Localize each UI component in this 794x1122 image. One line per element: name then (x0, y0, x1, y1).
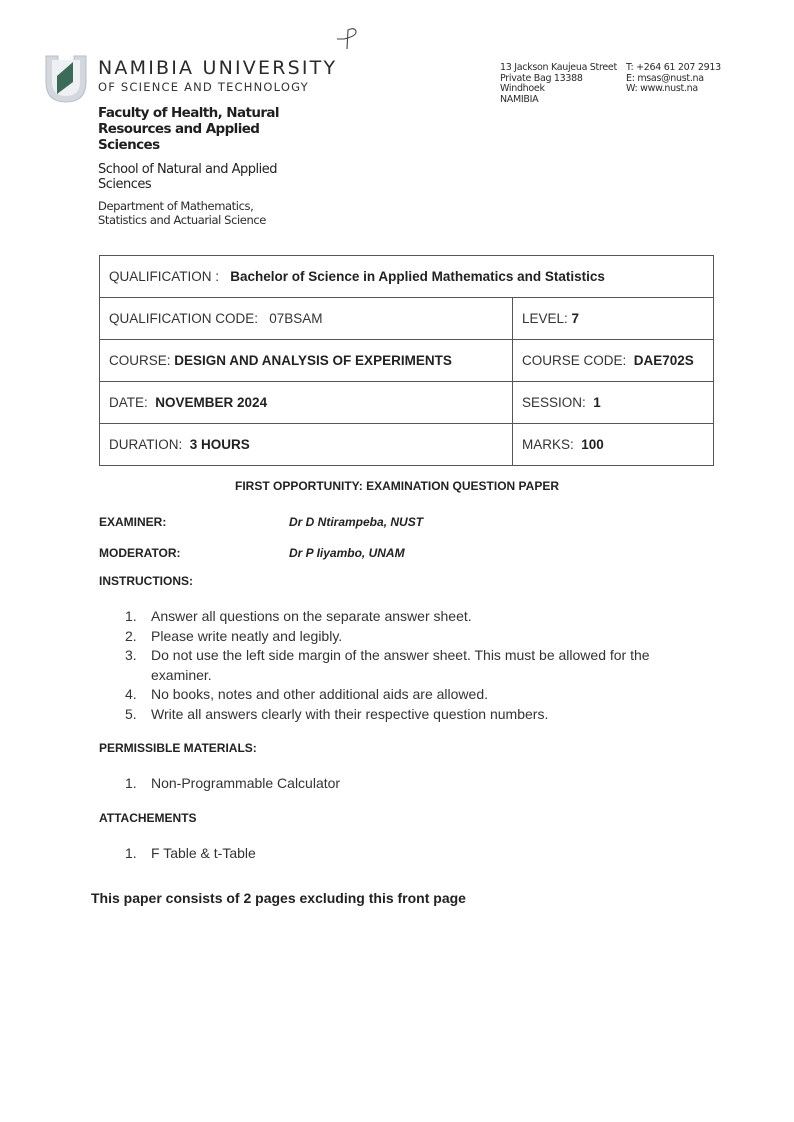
marks-value: 100 (581, 437, 604, 452)
session-label: SESSION: (522, 395, 586, 410)
postal-address: 13 Jackson Kaujeua Street Private Bag 13… (500, 63, 617, 105)
marks-label: MARKS: (522, 437, 574, 452)
qualification-cell: QUALIFICATION : Bachelor of Science in A… (100, 256, 714, 298)
item-number: 1. (125, 607, 137, 627)
date-cell: DATE: NOVEMBER 2024 (100, 382, 513, 424)
exam-title: FIRST OPPORTUNITY: EXAMINATION QUESTION … (0, 479, 794, 493)
handwritten-p-mark (333, 24, 363, 50)
instructions-heading: INSTRUCTIONS: (99, 574, 193, 588)
item-number: 2. (125, 627, 137, 647)
session-value: 1 (593, 395, 601, 410)
address-line: 13 Jackson Kaujeua Street (500, 63, 617, 74)
qualification-label: QUALIFICATION : (109, 269, 219, 284)
table-row: COURSE: DESIGN AND ANALYSIS OF EXPERIMEN… (100, 340, 714, 382)
instructions-list: 1.Answer all questions on the separate a… (125, 607, 695, 724)
table-row: QUALIFICATION CODE: 07BSAM LEVEL: 7 (100, 298, 714, 340)
item-text: Do not use the left side margin of the a… (151, 647, 650, 683)
address-line: Windhoek (500, 84, 617, 95)
qualification-value: Bachelor of Science in Applied Mathemati… (230, 269, 605, 284)
exam-info-table: QUALIFICATION : Bachelor of Science in A… (99, 255, 714, 466)
contact-website: W: www.nust.na (626, 84, 721, 95)
item-text: No books, notes and other additional aid… (151, 686, 488, 702)
duration-label: DURATION: (109, 437, 182, 452)
level-cell: LEVEL: 7 (513, 298, 714, 340)
course-code-cell: COURSE CODE: DAE702S (513, 340, 714, 382)
table-row: DURATION: 3 HOURS MARKS: 100 (100, 424, 714, 466)
permissible-materials-heading: PERMISSIBLE MATERIALS: (99, 741, 257, 755)
duration-cell: DURATION: 3 HOURS (100, 424, 513, 466)
contact-details: T: +264 61 207 2913 E: msas@nust.na W: w… (626, 63, 721, 95)
moderator-label: MODERATOR: (99, 546, 181, 560)
item-number: 3. (125, 646, 137, 666)
item-number: 4. (125, 685, 137, 705)
list-item: 1.Answer all questions on the separate a… (125, 607, 695, 627)
course-value: DESIGN AND ANALYSIS OF EXPERIMENTS (174, 353, 452, 368)
qualification-code-value: 07BSAM (269, 311, 322, 326)
list-item: 1.Non-Programmable Calculator (125, 774, 625, 794)
date-value: NOVEMBER 2024 (155, 395, 267, 410)
item-text: F Table & t-Table (151, 845, 256, 861)
table-row: QUALIFICATION : Bachelor of Science in A… (100, 256, 714, 298)
attachments-heading: ATTACHEMENTS (99, 811, 197, 825)
list-item: 4.No books, notes and other additional a… (125, 685, 695, 705)
examiner-value: Dr D Ntirampeba, NUST (289, 515, 423, 529)
course-code-label: COURSE CODE: (522, 353, 626, 368)
contact-phone: T: +264 61 207 2913 (626, 63, 721, 74)
date-label: DATE: (109, 395, 148, 410)
university-logo-icon (42, 52, 90, 104)
item-text: Answer all questions on the separate ans… (151, 608, 472, 624)
university-name: NAMIBIA UNIVERSITY (98, 58, 337, 78)
item-text: Please write neatly and legibly. (151, 628, 342, 644)
list-item: 2.Please write neatly and legibly. (125, 627, 695, 647)
table-row: DATE: NOVEMBER 2024 SESSION: 1 (100, 382, 714, 424)
marks-cell: MARKS: 100 (513, 424, 714, 466)
department-name: Department of Mathematics, Statistics an… (98, 200, 298, 227)
item-number: 1. (125, 774, 137, 794)
qualification-code-cell: QUALIFICATION CODE: 07BSAM (100, 298, 513, 340)
session-cell: SESSION: 1 (513, 382, 714, 424)
course-label: COURSE: (109, 353, 171, 368)
school-name: School of Natural and Applied Sciences (98, 162, 288, 192)
list-item: 3.Do not use the left side margin of the… (125, 646, 695, 685)
moderator-value: Dr P Iiyambo, UNAM (289, 546, 405, 560)
level-label: LEVEL: (522, 311, 568, 326)
examiner-label: EXAMINER: (99, 515, 166, 529)
address-line: NAMIBIA (500, 95, 617, 106)
course-code-value: DAE702S (634, 353, 694, 368)
item-number: 5. (125, 705, 137, 725)
page-count-note: This paper consists of 2 pages excluding… (91, 890, 466, 906)
item-text: Non-Programmable Calculator (151, 775, 340, 791)
university-subtitle: OF SCIENCE AND TECHNOLOGY (98, 80, 309, 94)
permissible-materials-list: 1.Non-Programmable Calculator (125, 774, 625, 794)
faculty-name: Faculty of Health, Natural Resources and… (98, 105, 288, 153)
list-item: 5.Write all answers clearly with their r… (125, 705, 695, 725)
attachments-list: 1.F Table & t-Table (125, 844, 625, 864)
level-value: 7 (572, 311, 580, 326)
item-text: Write all answers clearly with their res… (151, 706, 548, 722)
item-number: 1. (125, 844, 137, 864)
course-cell: COURSE: DESIGN AND ANALYSIS OF EXPERIMEN… (100, 340, 513, 382)
duration-value: 3 HOURS (190, 437, 250, 452)
qualification-code-label: QUALIFICATION CODE: (109, 311, 258, 326)
list-item: 1.F Table & t-Table (125, 844, 625, 864)
